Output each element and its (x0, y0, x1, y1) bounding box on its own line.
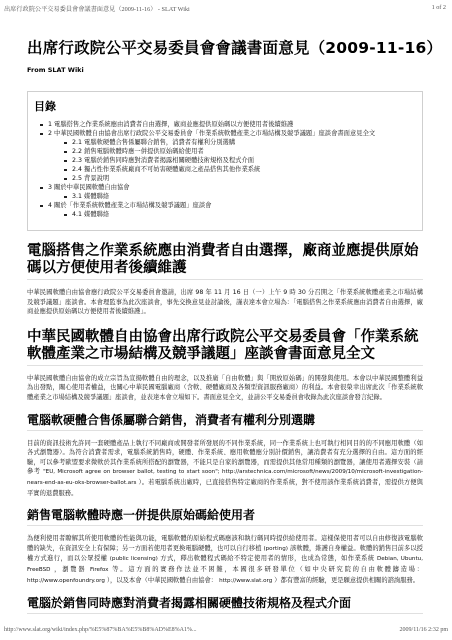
section-body-2-2: 為便利使用者瞭解其所使用軟體的性能與功能，電腦軟體的原始程式碼應該和執行碼同時提… (27, 534, 423, 586)
section-heading-2: 中華民國軟體自由協會出席行政院公平交易委員會「作業系統軟體產業之市場結構及競爭議… (27, 329, 423, 366)
toc-item-4[interactable]: 4關於「作業系統軟體產業之市場結構及競爭議題」座談會 (34, 201, 414, 210)
toc-list: 1電腦搭售之作業系統應由消費者自由選擇，廠商並應提供原始碼以方便使用者後續維護 … (34, 120, 414, 219)
toc-item-2[interactable]: 2中華民國軟體自由協會出席行政院公平交易委員會「作業系統軟體產業之市場結構及競爭… (34, 129, 414, 138)
table-of-contents: 目錄 1電腦搭售之作業系統應由消費者自由選擇，廠商並應提供原始碼以方便使用者後續… (27, 91, 423, 231)
toc-item-3-1[interactable]: 3.1媒體聯絡 (34, 192, 414, 201)
slat-link[interactable]: http://www.slat.org (219, 578, 272, 584)
bullet-icon (64, 214, 67, 217)
section-body-1: 中華民國軟體自由協會應行政院公平交易委員會邀請，出席 98 年 11 月 16 … (27, 288, 423, 317)
toc-item-2-4[interactable]: 2.4獨占性作業系統廠商不可妨害硬體廠商之產品搭售其他作業系統 (34, 165, 414, 174)
toc-title: 目錄 (34, 100, 414, 114)
bullet-icon (40, 124, 43, 127)
section-heading-2-1: 電腦軟硬體合售係屬聯合銷售，消費者有權利分別選購 (27, 413, 423, 431)
print-header: 出席行政院公平交易委員會會議書面意見（2009-11-16） - SLAT Wi… (4, 4, 446, 16)
print-footer: http://www.slat.org/wiki/index.php/%E5%8… (4, 627, 448, 637)
toc-item-2-3[interactable]: 2.3電腦於銷售同時應對消費者揭露相關硬體技術規格及程式介面 (34, 156, 414, 165)
print-footer-url: http://www.slat.org/wiki/index.php/%E5%8… (4, 627, 196, 637)
bullet-icon (64, 160, 67, 163)
bullet-icon (64, 169, 67, 172)
print-header-title: 出席行政院公平交易委員會會議書面意見（2009-11-16） - SLAT Wi… (4, 4, 190, 16)
page-title: 出席行政院公平交易委員會會議書面意見（2009-11-16） (27, 38, 423, 58)
bullet-icon (40, 187, 43, 190)
section-heading-1: 電腦搭售之作業系統應由消費者自由選擇，廠商並應提供原始碼以方便使用者後續維護 (27, 243, 423, 280)
print-footer-datetime: 2009/11/16 2:32 pm (400, 627, 448, 637)
site-subtitle: From SLAT Wiki (27, 66, 423, 75)
bullet-icon (64, 142, 67, 145)
section-body-2: 中華民國軟體自由協會的成立宗旨為宣揚軟體自由的理念，以及推廣「自由軟體」與「開放… (27, 374, 423, 403)
bullet-icon (40, 133, 43, 136)
bullet-icon (64, 196, 67, 199)
print-header-page: 1 of 2 (432, 4, 446, 16)
section-heading-2-3: 電腦於銷售同時應對消費者揭露相關硬體技術規格及程式介面 (27, 596, 423, 614)
openfoundry-link[interactable]: http://www.openfoundry.org (27, 578, 105, 584)
toc-item-1[interactable]: 1電腦搭售之作業系統應由消費者自由選擇，廠商並應提供原始碼以方便使用者後續維護 (34, 120, 414, 129)
bullet-icon (40, 205, 43, 208)
toc-item-3[interactable]: 3關於中華民國軟體自由協會 (34, 183, 414, 192)
bullet-icon (64, 151, 67, 154)
bullet-icon (64, 178, 67, 181)
section-heading-2-2: 銷售電腦軟體時應一併提供原始碼給使用者 (27, 508, 423, 526)
toc-item-4-1[interactable]: 4.1媒體聯絡 (34, 210, 414, 219)
article-page: 出席行政院公平交易委員會會議書面意見（2009-11-16） From SLAT… (27, 38, 423, 614)
toc-item-2-1[interactable]: 2.1電腦軟硬體合售係屬聯合銷售，消費者有權利分別選購 (34, 138, 414, 147)
toc-item-2-2[interactable]: 2.2銷售電腦軟體時應一併提供原始碼給使用者 (34, 147, 414, 156)
section-body-2-1: 目前的資訊技術允許同一套硬體產品上執行不同廠商或開發者所發展的不同作業系統，同一… (27, 439, 423, 499)
toc-item-2-5[interactable]: 2.5背景說明 (34, 174, 414, 183)
